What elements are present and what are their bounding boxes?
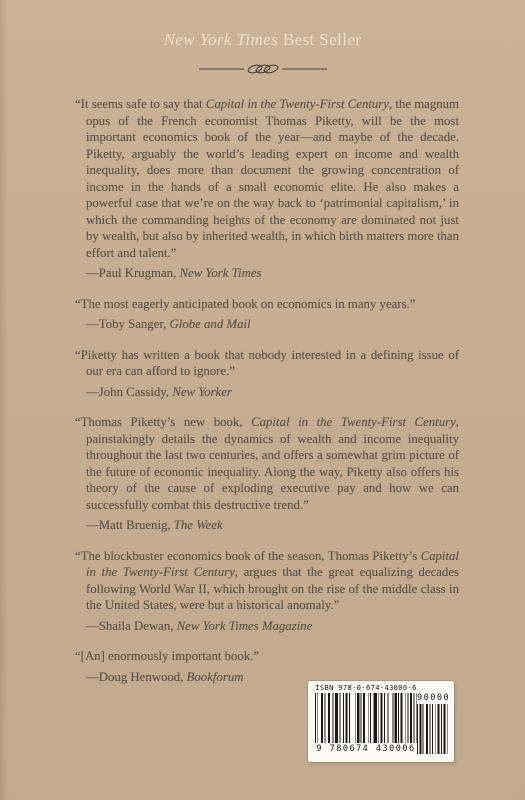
ean-barcode: 9 780674 430006 bbox=[315, 693, 417, 754]
review-text: “The most eagerly anticipated book on ec… bbox=[86, 296, 459, 313]
reviewer-name: —Shaila Dewan, bbox=[86, 619, 177, 633]
book-back-cover: New York Times Best Seller “It seems saf… bbox=[0, 0, 525, 800]
book-title-italic: Capital in the Twenty-First Century bbox=[251, 415, 456, 429]
quote-text-part: “It seems safe to say that bbox=[75, 97, 206, 111]
review-quote-cassidy: “Piketty has written a book that nobody … bbox=[86, 347, 459, 401]
reviewer-name: —Doug Henwood, bbox=[86, 670, 187, 684]
review-quote-dewan: “The blockbuster economics book of the s… bbox=[86, 548, 459, 635]
review-attribution: —John Cassidy, New Yorker bbox=[86, 384, 459, 401]
review-quote-bruenig: “Thomas Piketty’s new book, Capital in t… bbox=[86, 414, 459, 534]
reviewer-name: —Matt Bruenig, bbox=[86, 518, 174, 532]
book-title-italic: Capital in the Twenty-First Century bbox=[206, 97, 389, 111]
reviewer-name: —John Cassidy, bbox=[86, 385, 172, 399]
quote-text-part: “[An] enormously important book.” bbox=[75, 649, 259, 663]
bestseller-tagline: New York Times Best Seller bbox=[0, 30, 525, 50]
rope-knot-icon bbox=[193, 62, 333, 76]
barcode: ISBN 978-0-674-43000-6 9 780674 430006 9… bbox=[308, 681, 454, 762]
review-attribution: —Toby Sanger, Globe and Mail bbox=[86, 316, 459, 333]
quote-text-part: “Thomas Piketty’s new book, bbox=[75, 415, 251, 429]
barcode-digits: 9 780674 430006 bbox=[315, 744, 417, 754]
publication-name: The Week bbox=[174, 518, 223, 532]
publication-name: Globe and Mail bbox=[170, 317, 251, 331]
quote-text-part: “Piketty has written a book that nobody … bbox=[75, 348, 459, 379]
review-quote-krugman: “It seems safe to say that Capital in th… bbox=[86, 96, 459, 282]
price-addon-barcode: 90000 bbox=[417, 693, 448, 754]
quote-text-part: , painstakingly details the dynamics of … bbox=[86, 415, 459, 512]
review-attribution: —Paul Krugman, New York Times bbox=[86, 265, 459, 282]
publication-name: New York Times bbox=[179, 266, 261, 280]
review-text: “Thomas Piketty’s new book, Capital in t… bbox=[86, 414, 459, 513]
publication-name: Bookforum bbox=[187, 670, 244, 684]
review-quote-henwood: “[An] enormously important book.” —Doug … bbox=[86, 648, 459, 685]
barcode-bars-icon bbox=[315, 693, 417, 743]
review-quote-sanger: “The most eagerly anticipated book on ec… bbox=[86, 296, 459, 333]
review-attribution: —Shaila Dewan, New York Times Magazine bbox=[86, 618, 459, 635]
barcode-addon-digits: 90000 bbox=[417, 693, 448, 703]
quote-text-part: “The blockbuster economics book of the s… bbox=[75, 549, 421, 563]
ornament-divider bbox=[0, 62, 525, 81]
quote-text-part: “The most eagerly anticipated book on ec… bbox=[75, 297, 415, 311]
review-text: “It seems safe to say that Capital in th… bbox=[86, 96, 459, 261]
tagline-publication: New York Times bbox=[164, 30, 279, 49]
publication-name: New Yorker bbox=[172, 385, 232, 399]
review-quotes: “It seems safe to say that Capital in th… bbox=[86, 96, 459, 699]
quote-text-part: , the magnum opus of the French economis… bbox=[86, 97, 459, 260]
review-text: “The blockbuster economics book of the s… bbox=[86, 548, 459, 614]
reviewer-name: —Toby Sanger, bbox=[86, 317, 170, 331]
review-text: “[An] enormously important book.” bbox=[86, 648, 459, 665]
review-attribution: —Matt Bruenig, The Week bbox=[86, 517, 459, 534]
isbn-label: ISBN 978-0-674-43000-6 bbox=[312, 684, 420, 692]
addon-bars-icon bbox=[417, 704, 448, 754]
publication-name: New York Times Magazine bbox=[177, 619, 313, 633]
reviewer-name: —Paul Krugman, bbox=[86, 266, 179, 280]
review-text: “Piketty has written a book that nobody … bbox=[86, 347, 459, 380]
tagline-rest: Best Seller bbox=[278, 30, 361, 49]
